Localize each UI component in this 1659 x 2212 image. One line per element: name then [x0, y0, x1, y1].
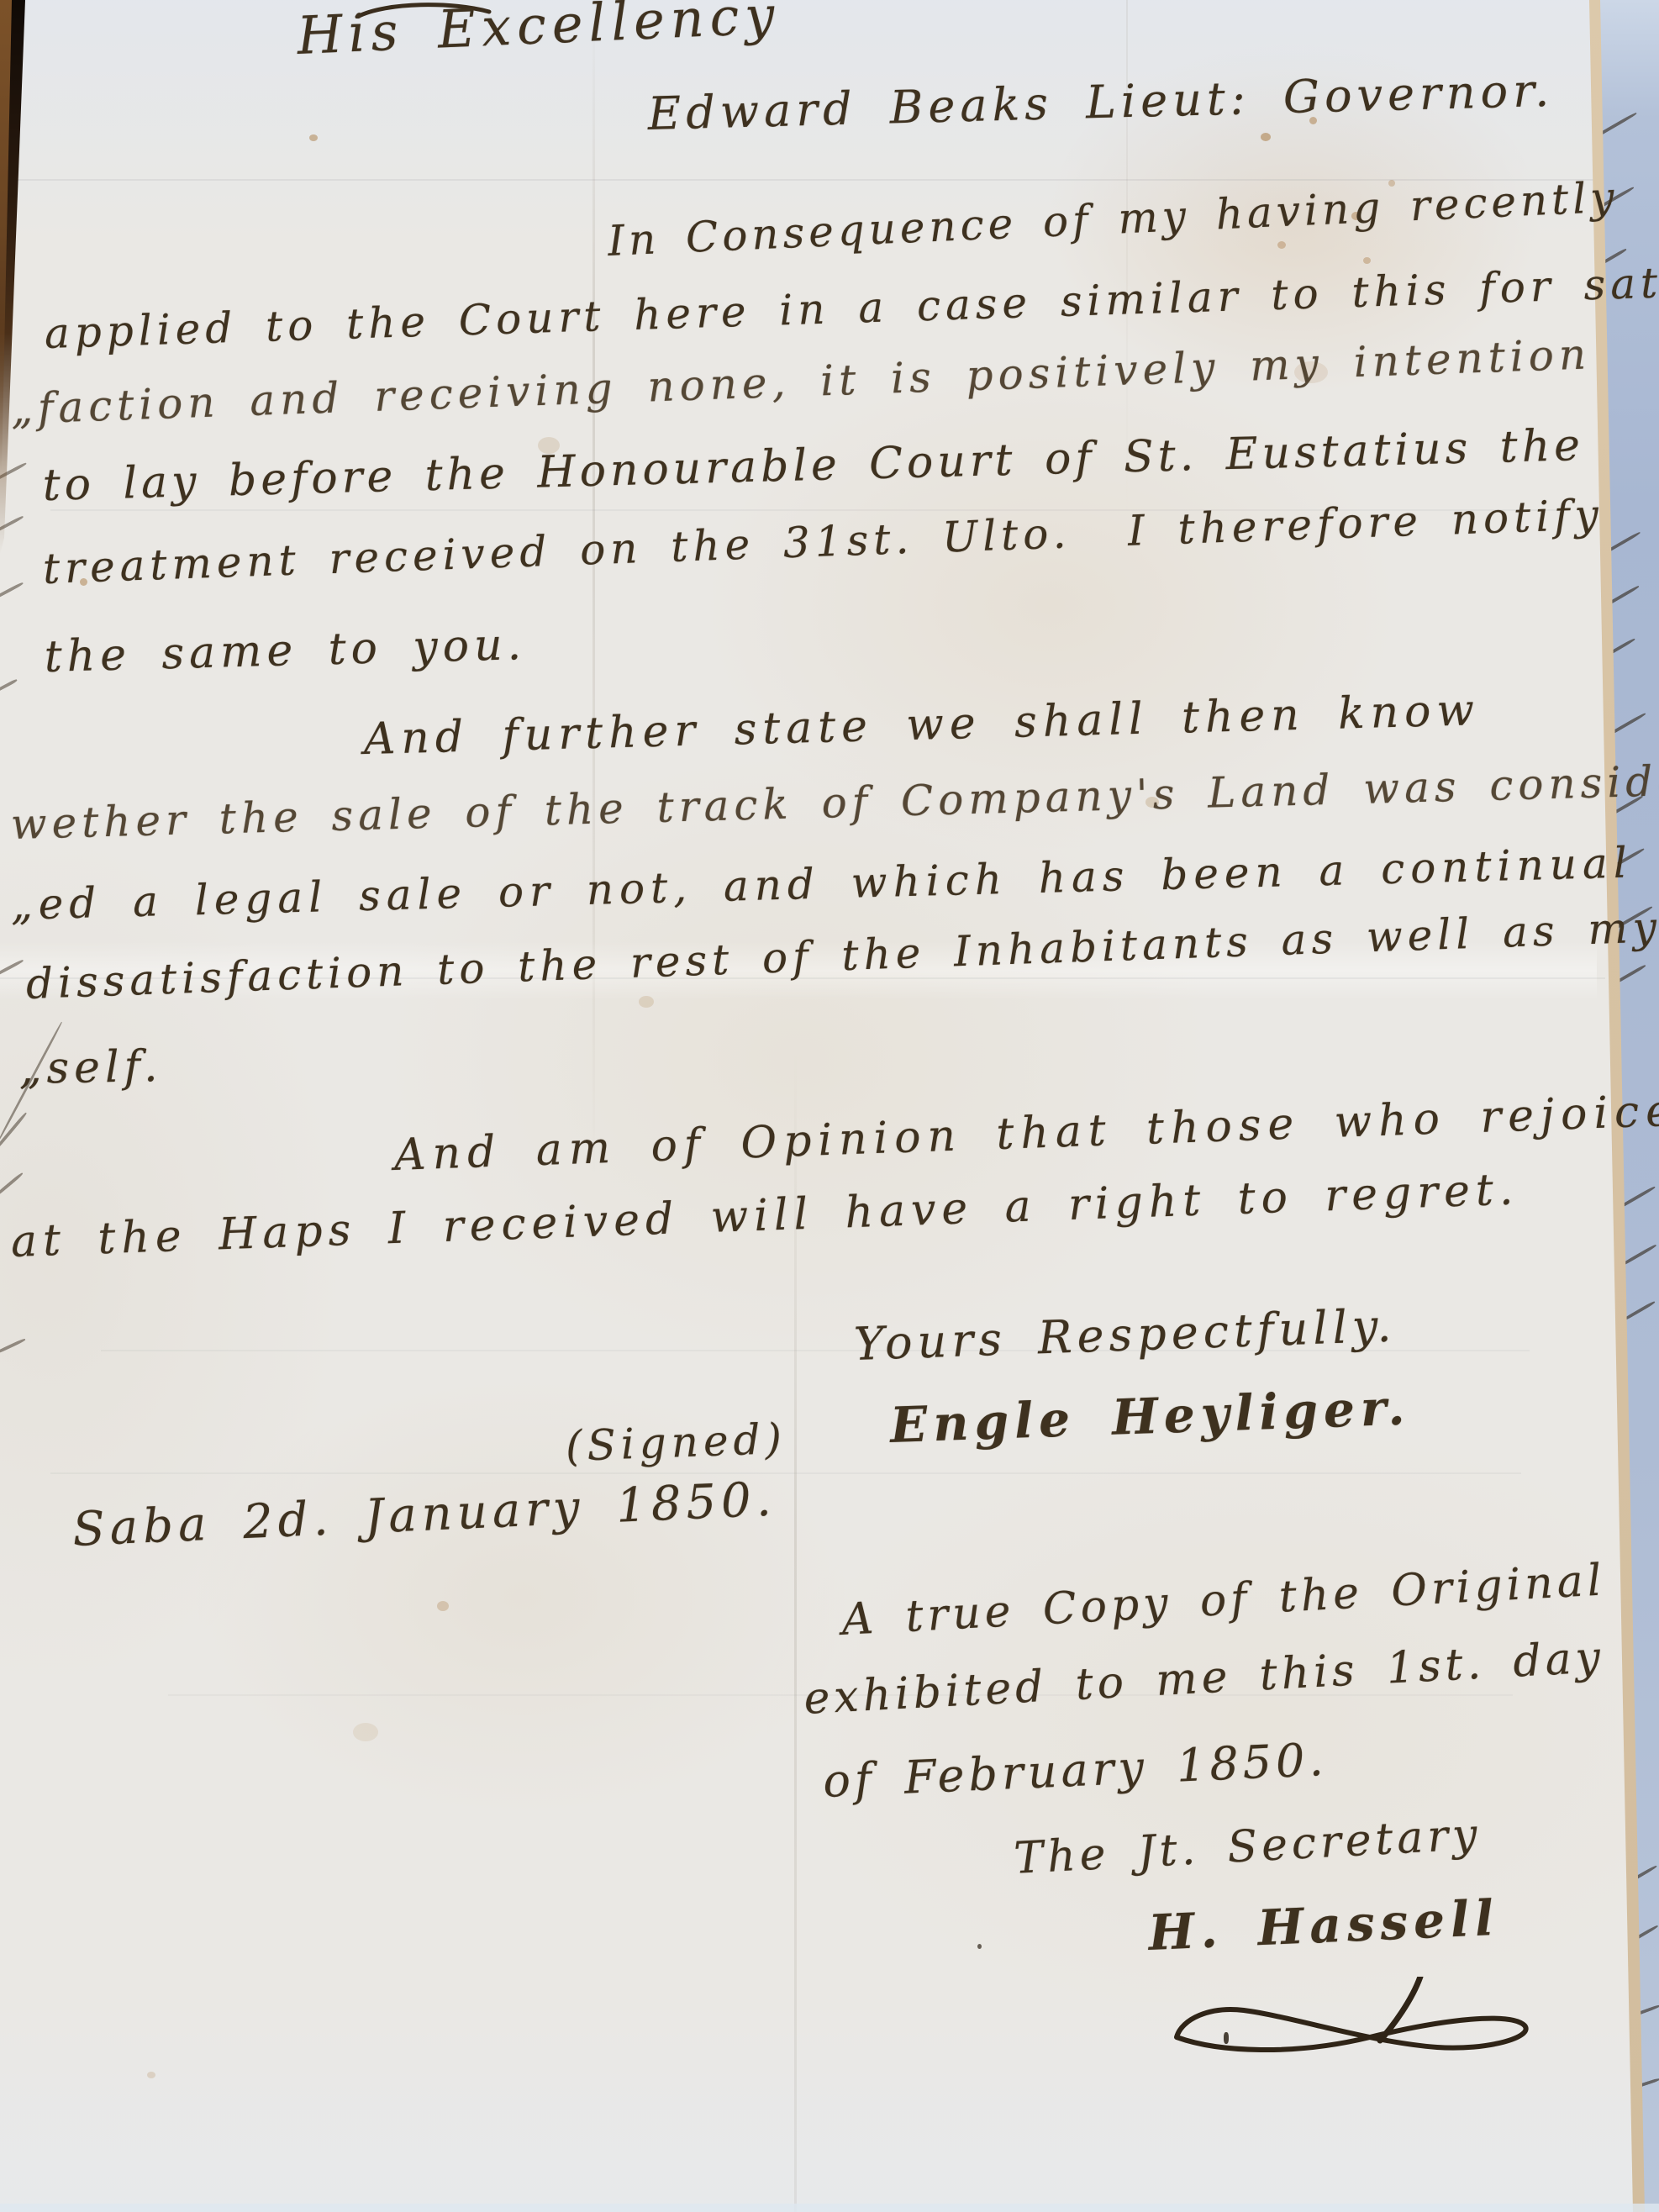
facing-page-script-fragment	[0, 678, 18, 693]
foxing-spot	[1261, 133, 1271, 141]
foxing-spot	[437, 1601, 449, 1611]
facing-page-script-fragment	[0, 582, 24, 602]
signed-marker: (Signed)	[565, 1414, 787, 1471]
foxing-spot	[639, 996, 654, 1008]
ink-speck	[977, 1944, 982, 1949]
paper-guide-line	[0, 179, 1597, 181]
paper-guide-line	[50, 1472, 1521, 1474]
scanned-letter-page: His Excellency Edward Beaks Lieut: Gover…	[0, 0, 1659, 2212]
signature-flourish	[1168, 1977, 1538, 2069]
facing-page-script-fragment	[0, 1338, 26, 1356]
foxing-spot	[147, 2072, 155, 2078]
foxing-spot	[1277, 241, 1286, 249]
body-line: „self.	[18, 1041, 163, 1094]
foxing-spot	[1363, 257, 1371, 264]
adjacent-page-script-fragment	[1622, 1300, 1656, 1321]
foxing-spot	[353, 1723, 378, 1741]
scan-edge-strip	[0, 2204, 1659, 2212]
foxing-spot	[309, 134, 318, 141]
facing-page-script-fragment	[0, 1172, 24, 1198]
fold-crease-vertical	[592, 0, 595, 1177]
